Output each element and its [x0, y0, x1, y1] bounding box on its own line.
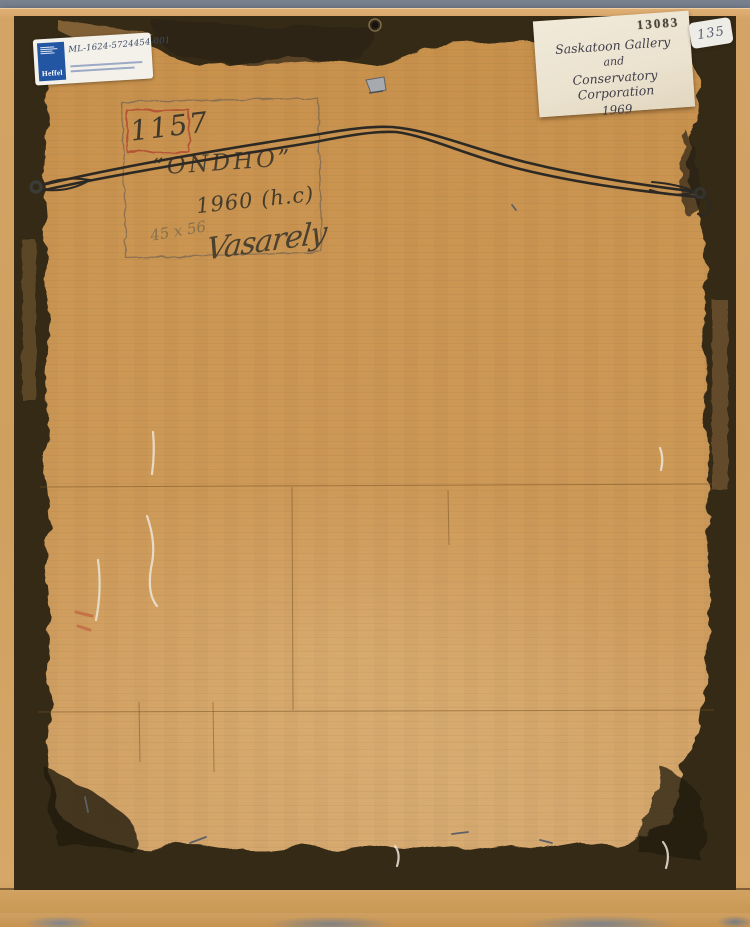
wood-grain-texture — [14, 16, 736, 890]
lot-sticker-number: 135 — [696, 23, 726, 42]
gallery-label: 13083 Saskatoon Gallery and Conservatory… — [533, 11, 695, 118]
heffel-label: Heffel ML-1624-5724454-001 — [33, 32, 154, 85]
fineprint-line — [71, 66, 135, 72]
heffel-logo-text: Heffel — [41, 68, 65, 78]
heffel-logo-icon: Heffel — [37, 42, 66, 82]
heffel-fineprint — [70, 58, 142, 72]
frame-bottom-edge — [0, 913, 750, 927]
verso-photograph: 1157 “ONDHO” 1960 (h.c) 45 x 56 Vasarely… — [0, 0, 750, 927]
heffel-label-right: ML-1624-5724454-001 — [64, 35, 173, 79]
heffel-handwritten-code: ML-1624-5724454-001 — [68, 35, 171, 55]
panel-back — [14, 16, 736, 890]
logo-fineprint-line — [41, 52, 55, 54]
gallery-label-stamp-number: 13083 — [636, 14, 680, 33]
